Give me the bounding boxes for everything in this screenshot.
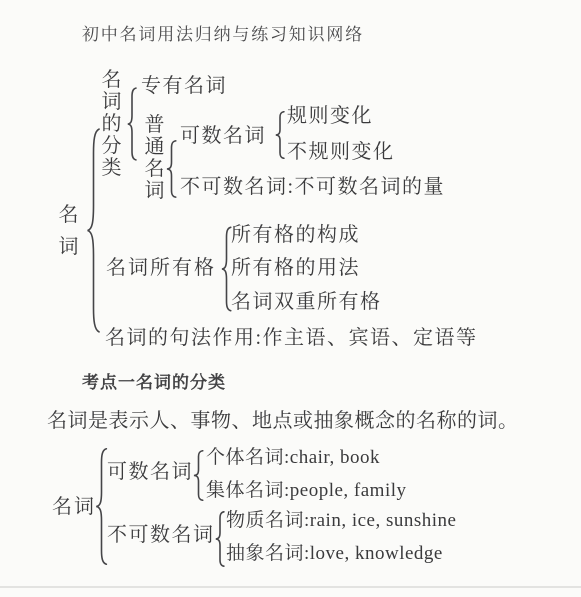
collective-noun-item: 集体名词:people, family (206, 480, 407, 503)
possessive-label: 名词所有格 (106, 256, 216, 280)
section-heading: 考点一名词的分类 (82, 373, 226, 393)
root-brace (85, 126, 102, 335)
possessive-usage-item: 所有格的用法 (231, 256, 360, 280)
countable-change-brace (274, 111, 286, 159)
material-noun-item: 物质名词:rain, ice, sunshine (226, 510, 456, 533)
noun-root-label: 名词 (58, 199, 79, 263)
countable2-brace (192, 450, 205, 501)
proper-noun-item: 专有名词 (141, 74, 227, 98)
abstract-noun-item: 抽象名词:love, knowledge (226, 543, 443, 566)
countable2-label: 可数名词 (107, 460, 193, 484)
irregular-change-item: 不规则变化 (287, 140, 395, 164)
noun2-root-label: 名词 (52, 495, 96, 519)
double-possessive-item: 名词双重所有格 (231, 290, 382, 314)
common-noun-brace (165, 140, 178, 198)
uncountable-noun-item: 不可数名词:不可数名词的量 (180, 175, 445, 199)
classification-brace (126, 87, 138, 161)
noun-definition: 名词是表示人、事物、地点或抽象概念的名称的词。 (47, 409, 519, 433)
common-noun-label: 普通名词 (144, 114, 165, 202)
possessive-formation-item: 所有格的构成 (231, 223, 360, 247)
individual-noun-item: 个体名词:chair, book (206, 447, 380, 470)
uncountable2-label: 不可数名词 (107, 523, 215, 547)
syntactic-function-item: 名词的句法作用:作主语、宾语、定语等 (105, 326, 478, 350)
page-title: 初中名词用法归纳与练习知识网络 (82, 25, 364, 45)
classification-label: 名词的分类 (101, 69, 122, 179)
textbook-page: 初中名词用法归纳与练习知识网络 名词 名词的分类 专有名词 普通名词 可数名词 … (0, 0, 581, 597)
uncountable2-brace (214, 511, 226, 567)
countable-noun-label: 可数名词 (180, 124, 266, 148)
regular-change-item: 规则变化 (287, 104, 373, 128)
bottom-divider (0, 586, 581, 588)
